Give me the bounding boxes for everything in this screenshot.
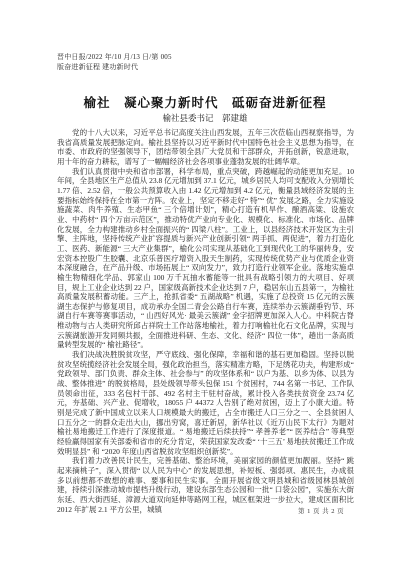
page-footer: 第 1 页 共 2 页	[298, 506, 344, 515]
article-byline: 榆社县委书记 郭建雄	[0, 112, 410, 124]
edition-line: 版奋进新征程 建功新时代	[57, 62, 172, 72]
article-paragraph: 我们认真贯彻中央和省市部署，科学布局，重点突破，跨越崛起的动能更加充足。10 年…	[57, 167, 354, 350]
article-body: 党的十八大以来，习近平总书记高度关注山西发展，五年三次莅临山西视察指导，为我省高…	[57, 128, 354, 514]
article-paragraph: 我们决战决胜脱贫攻坚，严守底线、强化保障，幸福和谐的基石更加稳固。坚持以脱贫攻坚…	[57, 350, 354, 456]
document-page: 晋中日报/2022 年/10 月/13 日/第 005 版奋进新征程 建功新时代…	[0, 0, 410, 580]
article-title: 榆社 凝心聚力新时代 砥砺奋进新征程	[0, 93, 410, 111]
document-header: 晋中日报/2022 年/10 月/13 日/第 005 版奋进新征程 建功新时代	[57, 52, 172, 72]
source-line: 晋中日报/2022 年/10 月/13 日/第 005	[57, 52, 172, 62]
article-paragraph: 党的十八大以来，习近平总书记高度关注山西发展，五年三次莅临山西视察指导，为我省高…	[57, 128, 354, 167]
